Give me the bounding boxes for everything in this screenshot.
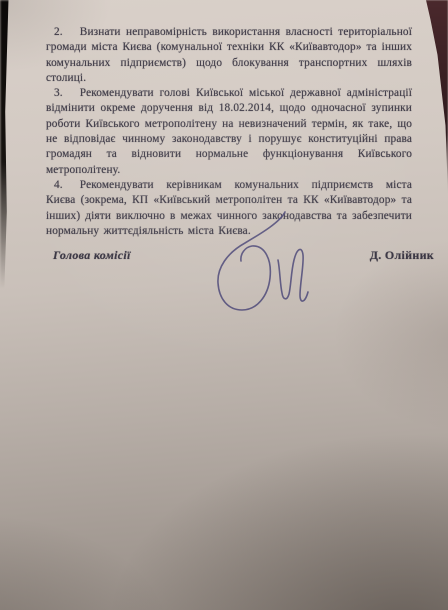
paragraph-4-number: 4. <box>54 179 63 191</box>
paragraph-3-text: Рекомендувати голові Київської міської д… <box>46 87 412 175</box>
paragraph-2-text: Визнати неправомірність використання вла… <box>46 26 412 84</box>
paragraph-3-number: 3. <box>54 87 63 99</box>
paragraph-2: 2.Визнати неправомірність використання в… <box>46 25 412 86</box>
signature-icon <box>200 200 330 335</box>
paragraph-3: 3.Рекомендувати голові Київської міської… <box>46 86 412 178</box>
signatory-role-label: Голова комісії <box>53 248 131 263</box>
signatory-name: Д. Олійник <box>370 248 434 263</box>
paragraph-2-number: 2. <box>54 26 63 38</box>
document-photo: 2.Визнати неправомірність використання в… <box>0 0 448 610</box>
